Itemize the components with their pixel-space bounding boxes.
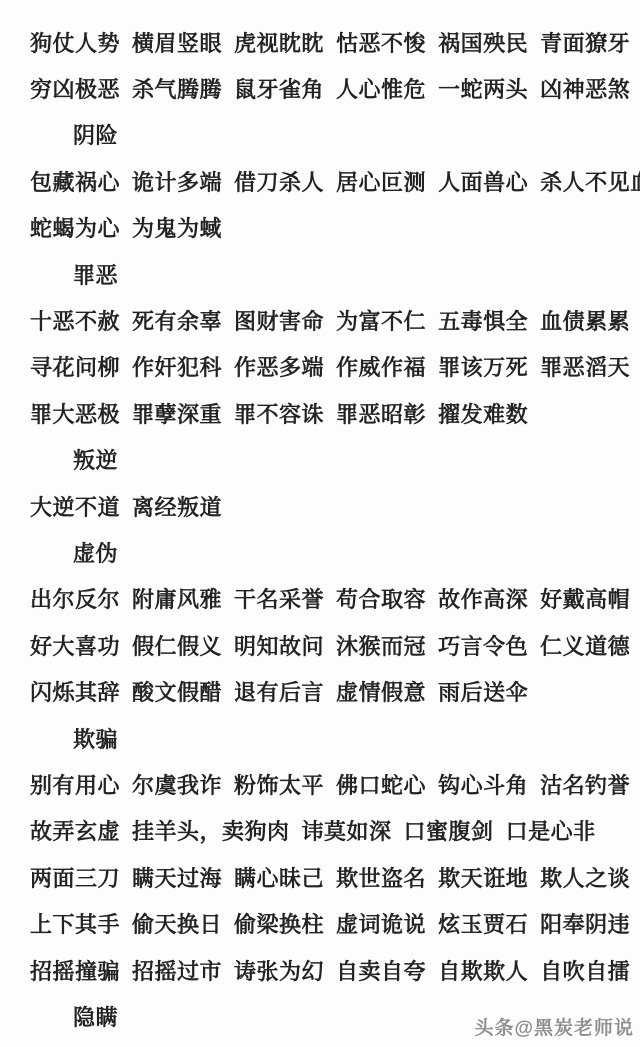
idiom: 杀气腾腾	[132, 73, 222, 104]
idiom: 凶神恶煞	[540, 73, 630, 104]
idiom: 罪大恶极	[30, 398, 120, 429]
idiom-list-page: 狗仗人势横眉竖眼虎视眈眈怙恶不悛祸国殃民青面獠牙穷凶极恶杀气腾腾鼠牙雀角人心惟危…	[0, 0, 640, 1040]
idiom: 作恶多端	[234, 351, 324, 382]
idiom: 偷天换日	[132, 908, 222, 939]
idiom: 大逆不道	[30, 491, 120, 522]
idiom: 附庸风雅	[132, 583, 222, 614]
idiom: 仁义道德	[540, 630, 630, 661]
idiom-row: 罪大恶极罪孽深重罪不容诛罪恶昭彰擢发难数	[30, 390, 640, 436]
idiom: 罪孽深重	[132, 398, 222, 429]
idiom: 青面獠牙	[540, 27, 630, 58]
idiom: 狗仗人势	[30, 27, 120, 58]
idiom: 十恶不赦	[30, 305, 120, 336]
idiom: 钩心斗角	[438, 769, 528, 800]
idiom: 炫玉贾石	[438, 908, 528, 939]
category-label: 虚伪	[73, 537, 118, 568]
idiom: 故作高深	[438, 583, 528, 614]
idiom: 罪恶滔天	[540, 351, 630, 382]
idiom: 酸文假醋	[132, 676, 222, 707]
category-header: 阴险	[30, 112, 640, 158]
idiom: 自吹自擂	[540, 955, 630, 986]
idiom: 阳奉阴违	[540, 908, 630, 939]
idiom: 佛口蛇心	[336, 769, 426, 800]
idiom: 虚词诡说	[336, 908, 426, 939]
idiom: 罪该万死	[438, 351, 528, 382]
idiom: 蛇蝎为心	[30, 212, 120, 243]
idiom: 自卖自夸	[336, 955, 426, 986]
category-label: 阴险	[73, 119, 118, 150]
idiom-row: 闪烁其辞酸文假醋退有后言虚情假意雨后送伞	[30, 668, 640, 714]
idiom: 好大喜功	[30, 630, 120, 661]
idiom: 故弄玄虚	[30, 815, 120, 846]
idiom-row: 狗仗人势横眉竖眼虎视眈眈怙恶不悛祸国殃民青面獠牙	[30, 19, 640, 65]
idiom: 祸国殃民	[438, 27, 528, 58]
idiom: 一蛇两头	[438, 73, 528, 104]
idiom: 巧言令色	[438, 630, 528, 661]
idiom: 尔虞我诈	[132, 769, 222, 800]
category-label: 罪恶	[73, 259, 118, 290]
idiom: 擢发难数	[438, 398, 528, 429]
category-label: 欺骗	[73, 723, 118, 754]
idiom: 讳莫如深	[302, 815, 392, 846]
idiom: 招摇过市	[132, 955, 222, 986]
idiom: 五毒惧全	[438, 305, 528, 336]
category-header: 欺骗	[30, 715, 640, 761]
category-label: 叛逆	[73, 444, 118, 475]
idiom: 为鬼为蜮	[132, 212, 222, 243]
idiom: 退有后言	[234, 676, 324, 707]
idiom: 居心叵测	[336, 166, 426, 197]
idiom-row: 包藏祸心诡计多端借刀杀人居心叵测人面兽心杀人不见血	[30, 158, 640, 204]
idiom: 苟合取容	[336, 583, 426, 614]
idiom-row: 别有用心尔虞我诈粉饰太平佛口蛇心钩心斗角沽名钓誉	[30, 761, 640, 807]
idiom: 粉饰太平	[234, 769, 324, 800]
idiom-row: 招摇撞骗招摇过市诪张为幻自卖自夸自欺欺人自吹自擂	[30, 947, 640, 993]
idiom-row: 上下其手偷天换日偷梁换柱虚词诡说炫玉贾石阳奉阴违	[30, 900, 640, 946]
idiom: 罪不容诛	[234, 398, 324, 429]
idiom: 自欺欺人	[438, 955, 528, 986]
idiom: 诡计多端	[132, 166, 222, 197]
idiom: 诪张为幻	[234, 955, 324, 986]
idiom: 挂羊头，卖狗肉	[132, 815, 290, 846]
idiom: 穷凶极恶	[30, 73, 120, 104]
idiom: 口是心非	[506, 815, 596, 846]
idiom: 作奸犯科	[132, 351, 222, 382]
idiom-row: 两面三刀瞒天过海瞒心昧己欺世盗名欺天诳地欺人之谈	[30, 854, 640, 900]
idiom: 包藏祸心	[30, 166, 120, 197]
idiom: 闪烁其辞	[30, 676, 120, 707]
idiom: 沐猴而冠	[336, 630, 426, 661]
category-header: 罪恶	[30, 251, 640, 297]
idiom: 瞒天过海	[132, 862, 222, 893]
category-label: 隐瞒	[73, 1001, 118, 1032]
idiom: 作威作福	[336, 351, 426, 382]
idiom-row: 故弄玄虚挂羊头，卖狗肉讳莫如深口蜜腹剑口是心非	[30, 808, 640, 854]
idiom: 人心惟危	[336, 73, 426, 104]
idiom-row: 蛇蝎为心为鬼为蜮	[30, 205, 640, 251]
idiom: 上下其手	[30, 908, 120, 939]
idiom: 两面三刀	[30, 862, 120, 893]
category-header: 叛逆	[30, 437, 640, 483]
idiom: 虚情假意	[336, 676, 426, 707]
idiom: 假仁假义	[132, 630, 222, 661]
idiom: 杀人不见血	[540, 166, 640, 197]
idiom-list: 狗仗人势横眉竖眼虎视眈眈怙恶不悛祸国殃民青面獠牙穷凶极恶杀气腾腾鼠牙雀角人心惟危…	[0, 0, 640, 1040]
idiom: 鼠牙雀角	[234, 73, 324, 104]
idiom-row: 寻花问柳作奸犯科作恶多端作威作福罪该万死罪恶滔天	[30, 344, 640, 390]
idiom: 偷梁换柱	[234, 908, 324, 939]
idiom-row: 大逆不道离经叛道	[30, 483, 640, 529]
idiom: 借刀杀人	[234, 166, 324, 197]
idiom-row: 出尔反尔附庸风雅干名采誉苟合取容故作高深好戴高帽	[30, 576, 640, 622]
idiom-row: 好大喜功假仁假义明知故问沐猴而冠巧言令色仁义道德	[30, 622, 640, 668]
idiom: 雨后送伞	[438, 676, 528, 707]
idiom: 好戴高帽	[540, 583, 630, 614]
idiom: 明知故问	[234, 630, 324, 661]
idiom: 欺人之谈	[540, 862, 630, 893]
idiom: 别有用心	[30, 769, 120, 800]
watermark: 头条@黑炭老师说	[474, 1013, 634, 1040]
idiom: 虎视眈眈	[234, 27, 324, 58]
idiom-row: 十恶不赦死有余辜图财害命为富不仁五毒惧全血债累累	[30, 297, 640, 343]
idiom: 人面兽心	[438, 166, 528, 197]
idiom: 招摇撞骗	[30, 955, 120, 986]
idiom-row: 穷凶极恶杀气腾腾鼠牙雀角人心惟危一蛇两头凶神恶煞	[30, 65, 640, 111]
idiom: 出尔反尔	[30, 583, 120, 614]
idiom: 怙恶不悛	[336, 27, 426, 58]
idiom: 寻花问柳	[30, 351, 120, 382]
idiom: 离经叛道	[132, 491, 222, 522]
idiom: 横眉竖眼	[132, 27, 222, 58]
idiom: 欺世盗名	[336, 862, 426, 893]
idiom: 罪恶昭彰	[336, 398, 426, 429]
idiom: 欺天诳地	[438, 862, 528, 893]
idiom: 血债累累	[540, 305, 630, 336]
idiom: 瞒心昧己	[234, 862, 324, 893]
idiom: 图财害命	[234, 305, 324, 336]
idiom: 为富不仁	[336, 305, 426, 336]
category-header: 虚伪	[30, 529, 640, 575]
idiom: 沽名钓誉	[540, 769, 630, 800]
idiom: 干名采誉	[234, 583, 324, 614]
idiom: 死有余辜	[132, 305, 222, 336]
idiom: 口蜜腹剑	[404, 815, 494, 846]
